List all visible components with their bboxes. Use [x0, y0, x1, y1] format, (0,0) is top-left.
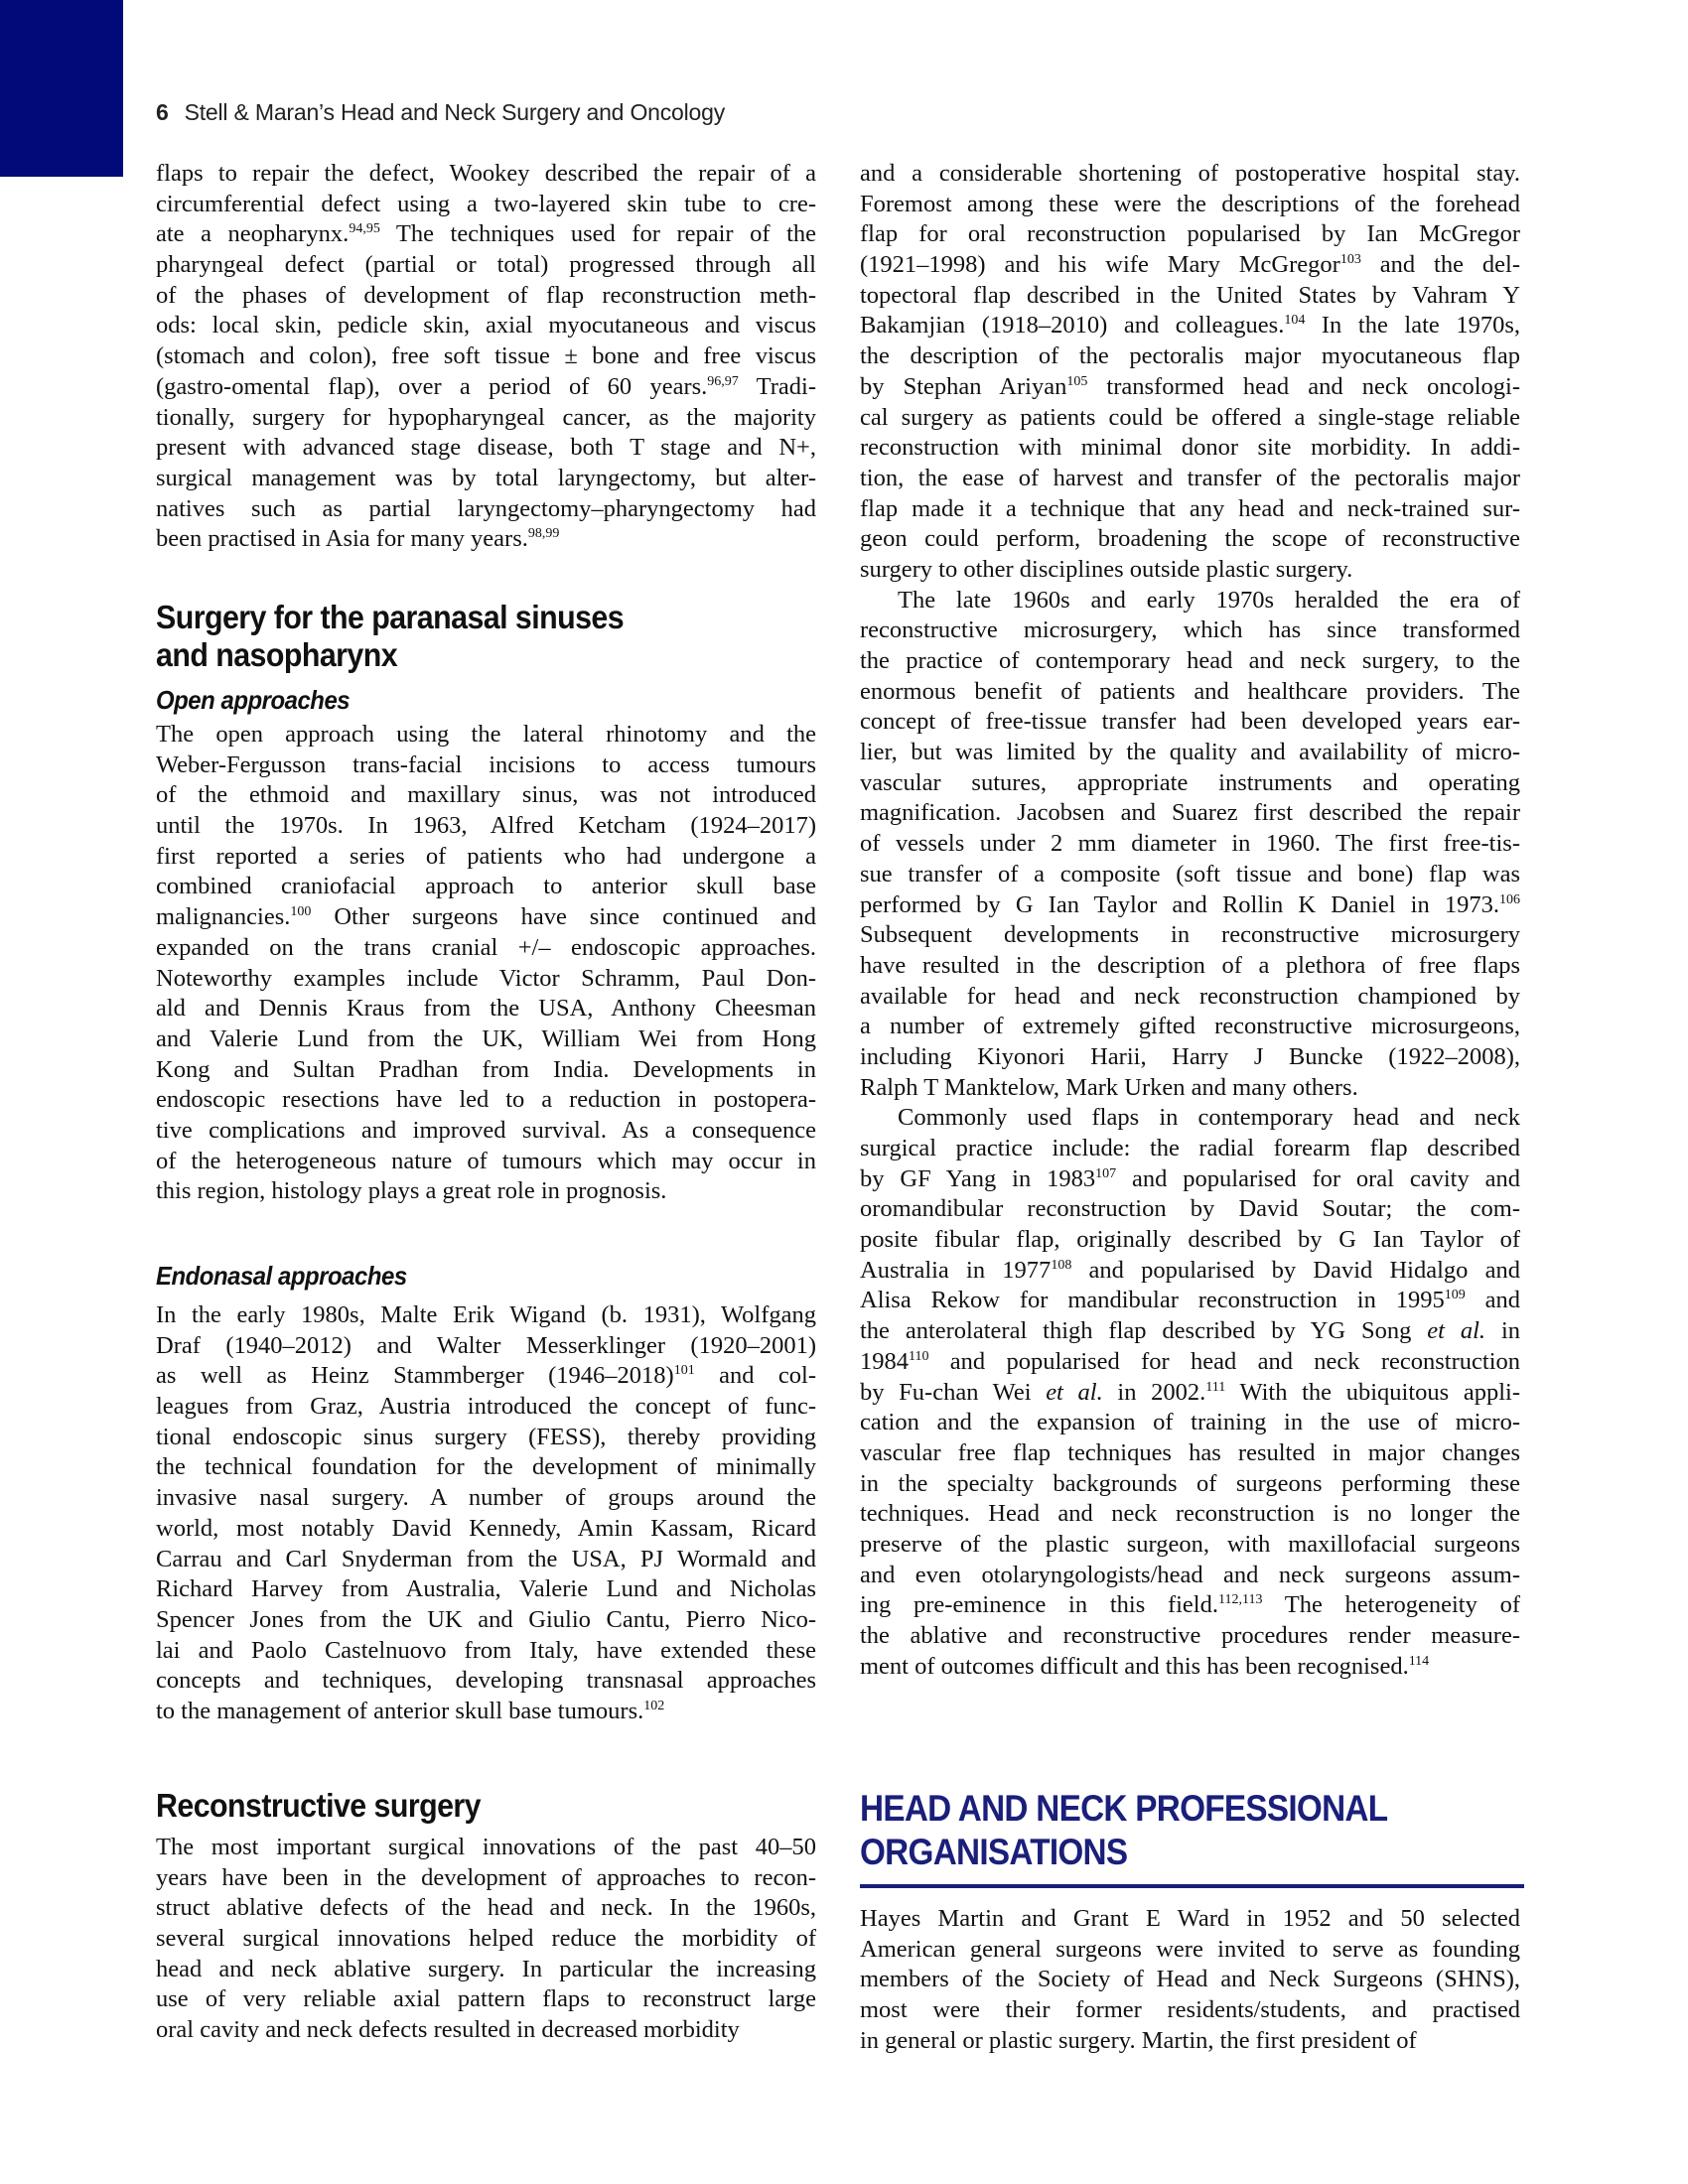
section-heading-reconstructive: Reconstructive surgery — [156, 1787, 764, 1825]
text-line: in the specialty backgrounds of surgeons… — [860, 1469, 1520, 1500]
text-line: Alisa Rekow for mandibular reconstructio… — [860, 1286, 1520, 1316]
text-line: vascular sutures, appropriate instrument… — [860, 768, 1520, 799]
text-line: struct ablative defects of the head and … — [156, 1893, 816, 1924]
citation-ref: 107 — [1095, 1166, 1116, 1181]
section-heading: Surgery for the paranasal sinuses — [156, 599, 764, 636]
text-line: techniques. Head and neck reconstruction… — [860, 1499, 1520, 1530]
text-line: Ralph T Manktelow, Mark Urken and many o… — [860, 1073, 1520, 1104]
text-line: this region, histology plays a great rol… — [156, 1176, 816, 1207]
text-line: tional endoscopic sinus surgery (FESS), … — [156, 1423, 816, 1453]
intro-paragraph: flaps to repair the defect, Wookey descr… — [156, 159, 816, 555]
section-paranasal: Surgery for the paranasal sinuses and na… — [156, 599, 816, 1207]
text-line: Foremost among these were the descriptio… — [860, 190, 1520, 220]
text-line: The late 1960s and early 1970s heralded … — [860, 586, 1520, 616]
citation-ref: 102 — [643, 1699, 664, 1713]
citation-ref: 114 — [1409, 1654, 1429, 1669]
text-line: The open approach using the lateral rhin… — [156, 720, 816, 751]
text-line: 1984110 and popularised for head and nec… — [860, 1347, 1520, 1378]
text-line: Commonly used flaps in contemporary head… — [860, 1103, 1520, 1134]
running-header: 6Stell & Maran’s Head and Neck Surgery a… — [156, 99, 725, 126]
text-line: cal surgery as patients could be offered… — [860, 403, 1520, 434]
text-line: oral cavity and neck defects resulted in… — [156, 2015, 816, 2046]
text-line: several surgical innovations helped redu… — [156, 1924, 816, 1955]
text-line: ods: local skin, pedicle skin, axial myo… — [156, 311, 816, 341]
text-line: the description of the pectoralis major … — [860, 341, 1520, 372]
text-line: surgical management was by total larynge… — [156, 464, 816, 494]
text-line: invasive nasal surgery. A number of grou… — [156, 1483, 816, 1514]
citation-ref: 105 — [1066, 374, 1087, 389]
text-line: Hayes Martin and Grant E Ward in 1952 an… — [860, 1904, 1520, 1935]
text-line: and Valerie Lund from the UK, William We… — [156, 1024, 816, 1055]
subheading-open-approaches: Open approaches — [156, 683, 764, 717]
text-line: Draf (1940–2012) and Walter Messerklinge… — [156, 1331, 816, 1362]
section-reconstructive: Reconstructive surgery The most importan… — [156, 1787, 816, 2046]
text-line: members of the Society of Head and Neck … — [860, 1965, 1520, 1995]
text-line: first reported a series of patients who … — [156, 842, 816, 873]
text-line: years have been in the development of ap… — [156, 1863, 816, 1894]
text-line: reconstruction with minimal donor site m… — [860, 433, 1520, 464]
section-organisations: HEAD AND NECK PROFESSIONAL ORGANISATIONS… — [860, 1787, 1520, 2056]
text-line: most were their former residents/student… — [860, 1995, 1520, 2026]
text-line: of vessels under 2 mm diameter in 1960. … — [860, 829, 1520, 860]
text-line: leagues from Graz, Austria introduced th… — [156, 1392, 816, 1423]
text-line: oromandibular reconstruction by David So… — [860, 1194, 1520, 1225]
text-line: a number of extremely gifted reconstruct… — [860, 1012, 1520, 1042]
text-line: in general or plastic surgery. Martin, t… — [860, 2026, 1520, 2057]
text-line: The most important surgical innovations … — [156, 1833, 816, 1863]
text-line: of the ethmoid and maxillary sinus, was … — [156, 780, 816, 811]
text-line: vascular free flap techniques has result… — [860, 1438, 1520, 1469]
text-line: In the early 1980s, Malte Erik Wigand (b… — [156, 1300, 816, 1331]
text-line: malignancies.100 Other surgeons have sin… — [156, 902, 816, 933]
text-line: the ablative and reconstructive procedur… — [860, 1621, 1520, 1652]
text-line: endoscopic resections have led to a redu… — [156, 1085, 816, 1116]
reconstructive-paragraph: The most important surgical innovations … — [156, 1833, 816, 2046]
text-line: of the heterogeneous nature of tumours w… — [156, 1147, 816, 1177]
citation-ref: 110 — [909, 1349, 928, 1364]
text-line: Bakamjian (1918–2010) and colleagues.104… — [860, 311, 1520, 341]
text-line: ate a neopharynx.94,95 The techniques us… — [156, 219, 816, 250]
citation-ref: 94,95 — [349, 221, 380, 236]
reconstructive-paragraph-cont: and a considerable shortening of postope… — [860, 159, 1520, 586]
text-line: and even otolaryngologists/head and neck… — [860, 1561, 1520, 1591]
text-line: the practice of contemporary head and ne… — [860, 646, 1520, 677]
text-line: topectoral flap described in the United … — [860, 281, 1520, 312]
text-line: tion, the ease of harvest and transfer o… — [860, 464, 1520, 494]
text-line: world, most notably David Kennedy, Amin … — [156, 1514, 816, 1545]
text-line: by Fu-chan Wei et al. in 2002.111 With t… — [860, 1378, 1520, 1409]
text-line: Carrau and Carl Snyderman from the USA, … — [156, 1545, 816, 1575]
text-line: head and neck ablative surgery. In parti… — [156, 1955, 816, 1985]
text-line: pharyngeal defect (partial or total) pro… — [156, 250, 816, 281]
text-line: American general surgeons were invited t… — [860, 1935, 1520, 1966]
text-line: cation and the expansion of training in … — [860, 1408, 1520, 1438]
text-line: Spencer Jones from the UK and Giulio Can… — [156, 1605, 816, 1636]
text-line: concepts and techniques, developing tran… — [156, 1666, 816, 1697]
citation-ref: 98,99 — [528, 526, 560, 541]
text-line: tionally, surgery for hypopharyngeal can… — [156, 403, 816, 434]
text-line: tive complications and improved survival… — [156, 1116, 816, 1147]
text-line: of the phases of development of flap rec… — [156, 281, 816, 312]
section-heading-cont: and nasopharynx — [156, 636, 764, 674]
text-line: magnification. Jacobsen and Suarez first… — [860, 798, 1520, 829]
text-line: available for head and neck reconstructi… — [860, 982, 1520, 1013]
citation-ref: 112,113 — [1218, 1592, 1262, 1607]
text-line: Subsequent developments in reconstructiv… — [860, 920, 1520, 951]
text-line: as well as Heinz Stammberger (1946–2018)… — [156, 1361, 816, 1392]
text-line: lier, but was limited by the quality and… — [860, 738, 1520, 768]
text-line: Australia in 1977108 and popularised by … — [860, 1256, 1520, 1287]
section-heading-organisations-cont: ORGANISATIONS — [860, 1831, 1455, 1874]
citation-ref: 109 — [1445, 1288, 1466, 1302]
text-line: Richard Harvey from Australia, Valerie L… — [156, 1574, 816, 1605]
text-line: flap for oral reconstruction popularised… — [860, 219, 1520, 250]
text-line: ald and Dennis Kraus from the USA, Antho… — [156, 994, 816, 1024]
organisations-paragraph: Hayes Martin and Grant E Ward in 1952 an… — [860, 1904, 1520, 2056]
text-line: (stomach and colon), free soft tissue ± … — [156, 341, 816, 372]
section-endonasal: Endonasal approaches In the early 1980s,… — [156, 1259, 816, 1727]
text-line: been practised in Asia for many years.98… — [156, 524, 816, 555]
text-line: geon could perform, broadening the scope… — [860, 524, 1520, 555]
text-line: and a considerable shortening of postope… — [860, 159, 1520, 190]
text-line: surgery to other disciplines outside pla… — [860, 555, 1520, 586]
citation-ref: 106 — [1499, 892, 1520, 907]
text-line: natives such as partial laryngectomy–pha… — [156, 494, 816, 525]
text-line: surgical practice include: the radial fo… — [860, 1134, 1520, 1164]
text-line: the technical foundation for the develop… — [156, 1452, 816, 1483]
text-line: posite fibular flap, originally describe… — [860, 1225, 1520, 1256]
open-approaches-paragraph: The open approach using the lateral rhin… — [156, 720, 816, 1207]
citation-ref: 111 — [1205, 1380, 1225, 1395]
text-line: performed by G Ian Taylor and Rollin K D… — [860, 890, 1520, 921]
running-title: Stell & Maran’s Head and Neck Surgery an… — [185, 99, 725, 125]
text-line: present with advanced stage disease, bot… — [156, 433, 816, 464]
text-line: expanded on the trans cranial +/– endosc… — [156, 933, 816, 964]
text-line: combined craniofacial approach to anteri… — [156, 872, 816, 902]
text-line: have resulted in the description of a pl… — [860, 951, 1520, 982]
text-line: sue transfer of a composite (soft tissue… — [860, 860, 1520, 890]
text-line: preserve of the plastic surgeon, with ma… — [860, 1530, 1520, 1561]
text-line: use of very reliable axial pattern flaps… — [156, 1984, 816, 2015]
text-line: reconstructive microsurgery, which has s… — [860, 615, 1520, 646]
text-line: (gastro-omental flap), over a period of … — [156, 372, 816, 403]
flaps-paragraph: Commonly used flaps in contemporary head… — [860, 1103, 1520, 1682]
text-line: enormous benefit of patients and healthc… — [860, 677, 1520, 708]
text-line: Weber-Fergusson trans-facial incisions t… — [156, 751, 816, 781]
citation-ref: 101 — [674, 1363, 695, 1378]
text-line: Noteworthy examples include Victor Schra… — [156, 964, 816, 995]
citation-ref: 103 — [1340, 252, 1361, 267]
text-line: Kong and Sultan Pradhan from India. Deve… — [156, 1055, 816, 1086]
right-column: and a considerable shortening of postope… — [860, 159, 1520, 1682]
text-line: ment of outcomes difficult and this has … — [860, 1652, 1520, 1683]
endonasal-paragraph: In the early 1980s, Malte Erik Wigand (b… — [156, 1300, 816, 1727]
text-line: flap made it a technique that any head a… — [860, 494, 1520, 525]
text-line: by Stephan Ariyan105 transformed head an… — [860, 372, 1520, 403]
citation-ref: 100 — [290, 904, 311, 919]
chapter-color-tab — [0, 0, 123, 177]
text-line: the anterolateral thigh flap described b… — [860, 1316, 1520, 1347]
left-column: flaps to repair the defect, Wookey descr… — [156, 159, 816, 555]
section-heading-organisations: HEAD AND NECK PROFESSIONAL — [860, 1787, 1455, 1831]
text-line: ing pre-eminence in this field.112,113 T… — [860, 1590, 1520, 1621]
text-line: flaps to repair the defect, Wookey descr… — [156, 159, 816, 190]
text-line: lai and Paolo Castelnuovo from Italy, ha… — [156, 1636, 816, 1667]
text-line: including Kiyonori Harii, Harry J Buncke… — [860, 1042, 1520, 1073]
text-line: concept of free-tissue transfer had been… — [860, 707, 1520, 738]
citation-ref: 104 — [1284, 313, 1305, 328]
page-number: 6 — [156, 99, 169, 125]
heading-rule — [860, 1884, 1524, 1888]
citation-ref: 108 — [1051, 1258, 1071, 1273]
text-line: circumferential defect using a two-layer… — [156, 190, 816, 220]
text-line: until the 1970s. In 1963, Alfred Ketcham… — [156, 811, 816, 842]
microsurgery-paragraph: The late 1960s and early 1970s heralded … — [860, 586, 1520, 1104]
citation-ref: 96,97 — [707, 374, 739, 389]
text-line: by GF Yang in 1983107 and popularised fo… — [860, 1164, 1520, 1195]
text-line: to the management of anterior skull base… — [156, 1697, 816, 1727]
text-line: (1921–1998) and his wife Mary McGregor10… — [860, 250, 1520, 281]
subheading-endonasal-approaches: Endonasal approaches — [156, 1259, 764, 1293]
